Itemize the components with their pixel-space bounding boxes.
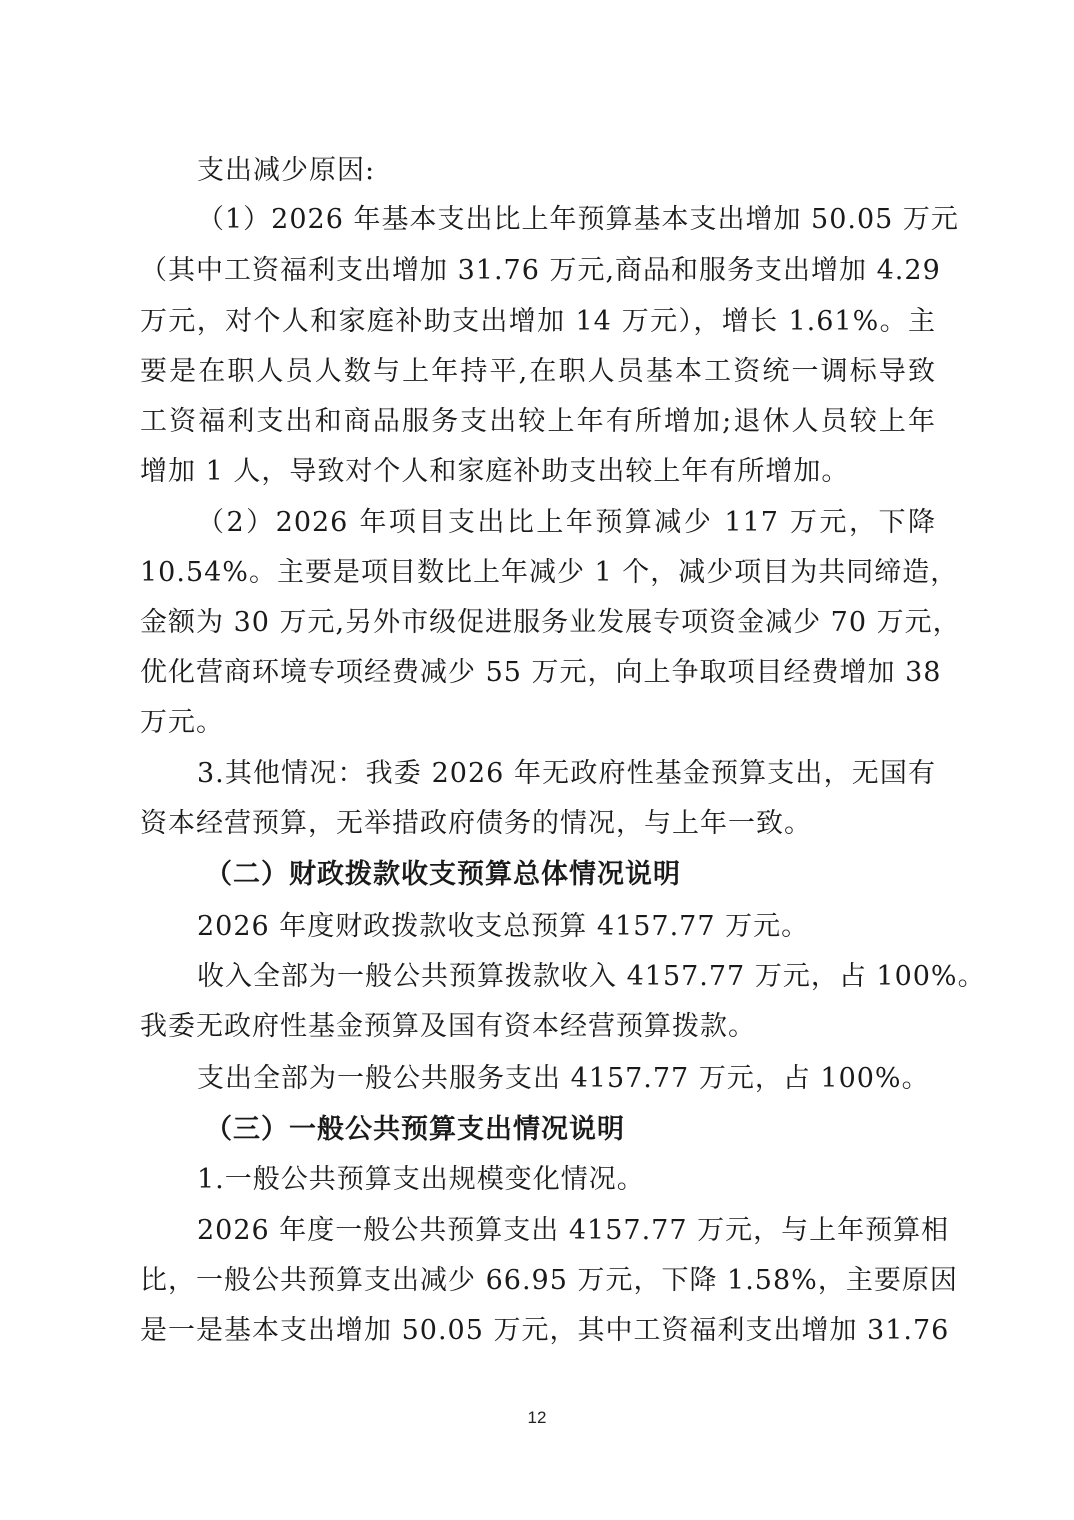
text-line: 10.54%。主要是项目数比上年减少 1 个，减少项目为共同缔造， [140,548,936,598]
text-line: 万元，对个人和家庭补助支出增加 14 万元），增长 1.61%。主 [140,297,936,347]
document-page: 支出减少原因: （1）2026 年基本支出比上年预算基本支出增加 50.05 万… [0,0,1074,1520]
text-line: 我委无政府性基金预算及国有资本经营预算拨款。 [140,1002,936,1052]
text-line: 比，一般公共预算支出减少 66.95 万元，下降 1.58%，主要原因 [140,1256,936,1306]
text-line: 增加 1 人，导致对个人和家庭补助支出较上年有所增加。 [140,447,936,497]
text-line: （其中工资福利支出增加 31.76 万元,商品和服务支出增加 4.29 [140,246,936,296]
text-line: 2026 年度财政拨款收支总预算 4157.77 万元。 [197,902,936,952]
text-line: 3.其他情况：我委 2026 年无政府性基金预算支出，无国有 [197,749,936,799]
text-line: 资本经营预算，无举措政府债务的情况，与上年一致。 [140,799,936,849]
text-line: 支出减少原因: [197,146,936,196]
text-line: 1.一般公共预算支出规模变化情况。 [197,1155,936,1205]
text-line: 要是在职人员人数与上年持平,在职人员基本工资统一调标导致 [140,347,936,397]
text-line: 金额为 30 万元,另外市级促进服务业发展专项资金减少 70 万元， [140,598,936,648]
text-line: 2026 年度一般公共预算支出 4157.77 万元，与上年预算相 [197,1206,936,1256]
text-line: （2）2026 年项目支出比上年预算减少 117 万元，下降 [197,498,936,548]
section-heading: （二）财政拨款收支预算总体情况说明 [205,850,936,900]
text-line: 工资福利支出和商品服务支出较上年有所增加;退休人员较上年 [140,397,936,447]
text-line: 支出全部为一般公共服务支出 4157.77 万元，占 100%。 [197,1054,936,1104]
text-line: 万元。 [140,698,936,748]
text-line: 优化营商环境专项经费减少 55 万元，向上争取项目经费增加 38 [140,648,936,698]
text-line: 收入全部为一般公共预算拨款收入 4157.77 万元，占 100%。 [197,952,936,1002]
page-number: 12 [0,1408,1074,1428]
text-line: 是一是基本支出增加 50.05 万元，其中工资福利支出增加 31.76 [140,1306,936,1356]
section-heading: （三）一般公共预算支出情况说明 [205,1105,936,1155]
text-line: （1）2026 年基本支出比上年预算基本支出增加 50.05 万元 [197,195,936,245]
